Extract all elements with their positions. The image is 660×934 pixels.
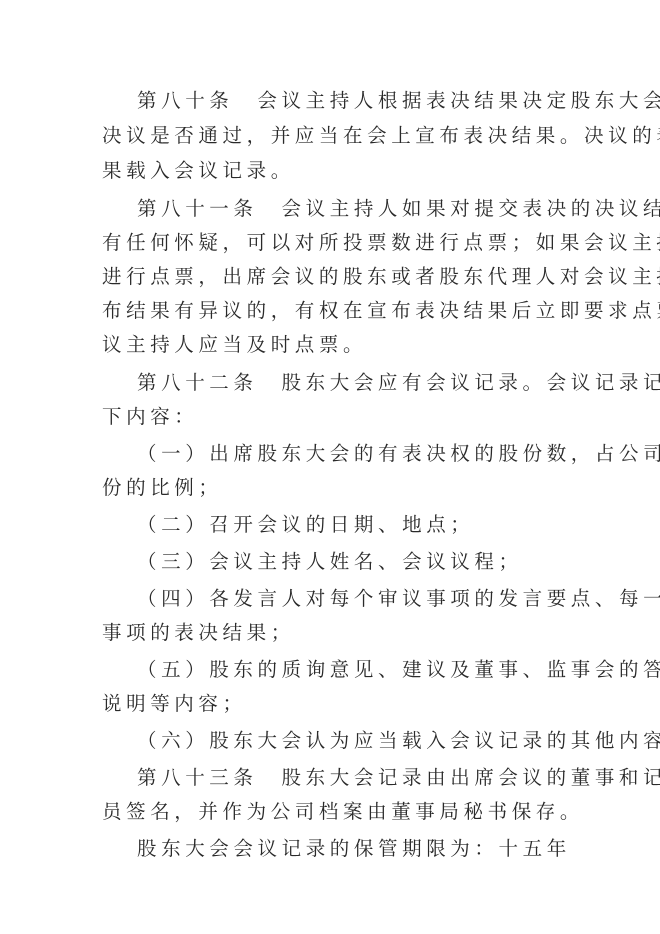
article-81-line-3: 进行点票，出席会议的股东或者股东代理人对会议主持人宣 (102, 260, 660, 293)
list-item-5-line-2: 说明等内容； (102, 687, 247, 720)
list-item-1-line-1: （一）出席股东大会的有表决权的股份数，占公司总股 (137, 437, 660, 470)
article-text: 会议主持人根据表决结果决定股东大会的 (257, 89, 660, 112)
article-81-line-4: 布结果有异议的，有权在宣布表决结果后立即要求点票，会 (102, 294, 660, 327)
list-item-2: （二）召开会议的日期、地点； (137, 508, 474, 541)
list-item-3: （三）会议主持人姓名、会议议程； (137, 545, 523, 578)
article-82-line-2: 下内容： (102, 400, 198, 433)
article-81-line-1: 第八十一条会议主持人如果对提交表决的决议结果 (137, 192, 660, 225)
article-81-line-5: 议主持人应当及时点票。 (102, 328, 367, 361)
article-heading: 第八十三条 (137, 766, 258, 789)
article-83-line-2: 员签名，并作为公司档案由董事局秘书保存。 (102, 795, 584, 828)
article-heading: 第八十一条 (137, 197, 258, 220)
list-item-1-line-2: 份的比例； (102, 471, 223, 504)
article-81-line-2: 有任何怀疑，可以对所投票数进行点票；如果会议主持人未 (102, 226, 660, 259)
article-text: 股东大会应有会议记录。会议记录记载以 (282, 371, 660, 394)
article-80-line-3: 果载入会议记录。 (102, 154, 295, 187)
article-83-line-1: 第八十三条股东大会记录由出席会议的董事和记录 (137, 761, 660, 794)
article-80-line-1: 第八十条会议主持人根据表决结果决定股东大会的 (137, 84, 660, 117)
list-item-5-line-1: （五）股东的质询意见、建议及董事、监事会的答复或 (137, 653, 660, 686)
article-text: 会议主持人如果对提交表决的决议结果 (282, 197, 660, 220)
list-item-4-line-1: （四）各发言人对每个审议事项的发言要点、每一表决 (137, 582, 660, 615)
closing-line: 股东大会会议记录的保管期限为：十五年 (137, 832, 571, 865)
article-heading: 第八十条 (137, 89, 233, 112)
article-heading: 第八十二条 (137, 371, 258, 394)
article-80-line-2: 决议是否通过，并应当在会上宣布表决结果。决议的表决结 (102, 119, 660, 152)
article-text: 股东大会记录由出席会议的董事和记录 (282, 766, 660, 789)
list-item-6: （六）股东大会认为应当载入会议记录的其他内容。 (137, 724, 660, 757)
article-82-line-1: 第八十二条股东大会应有会议记录。会议记录记载以 (137, 366, 660, 399)
list-item-4-line-2: 事项的表决结果； (102, 616, 295, 649)
